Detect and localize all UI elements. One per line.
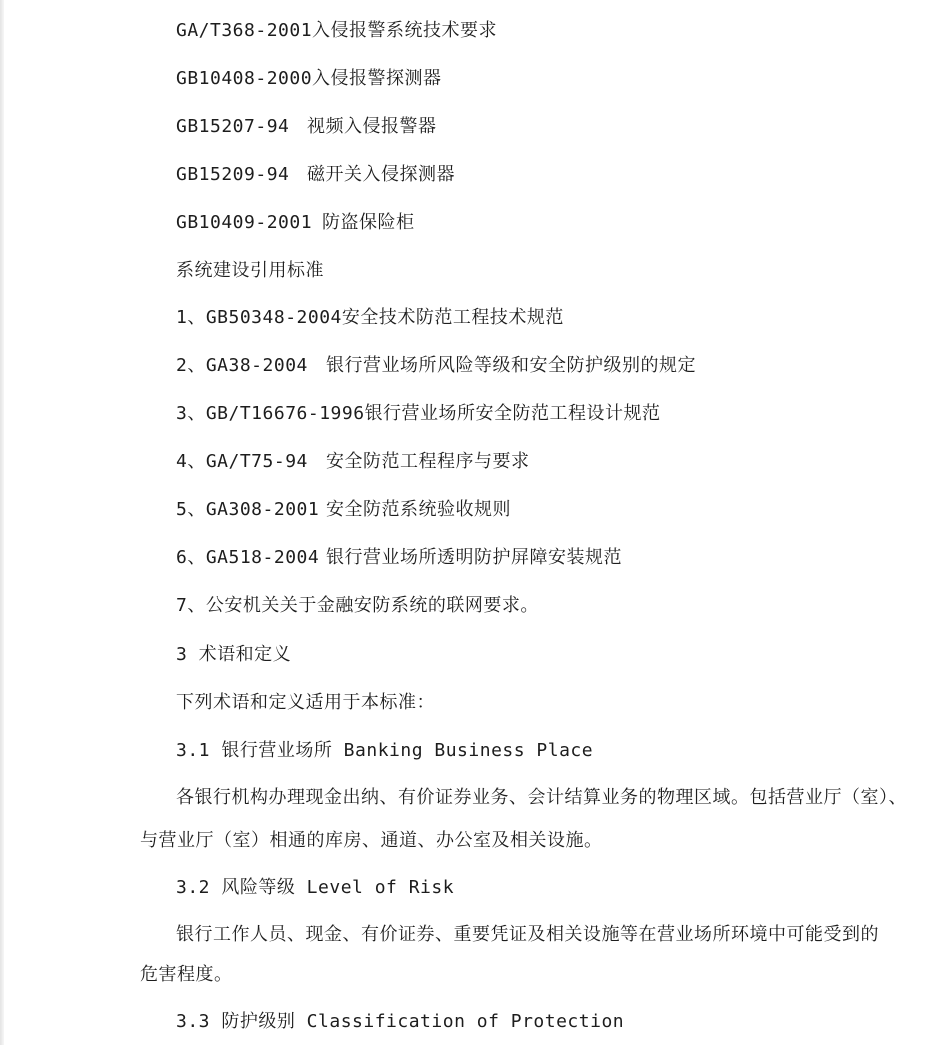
standard-code: GB15207-94 [176,115,307,139]
system-standard-title: 银行营业场所安全防范工程设计规范 [365,402,661,426]
system-standard-title: 银行营业场所风险等级和安全防护级别的规定 [326,354,696,378]
system-standard-title: 银行营业场所透明防护屏障安装规范 [326,546,622,570]
system-standard-code: 3、GB/T16676-1996 [176,402,365,426]
standard-row: GB10408-2000 入侵报警探测器 [176,67,442,91]
standard-code: GB10409-2001 [176,211,322,235]
system-standard-row: 6、GA518-2004 银行营业场所透明防护屏障安装规范 [176,546,622,570]
term-3-3-heading: 3.3 防护级别 Classification of Protection [176,1010,624,1034]
term-3-1-heading: 3.1 银行营业场所 Banking Business Place [176,739,593,763]
standard-title: 防盗保险柜 [322,211,415,235]
standard-row: GB15209-94 磁开关入侵探测器 [176,163,455,187]
system-standard-title: 安全防范工程程序与要求 [326,450,530,474]
standard-code: GB10408-2000 [176,67,312,91]
system-standard-code: 2、GA38-2004 [176,354,326,378]
system-standard-row: 5、GA308-2001 安全防范系统验收规则 [176,498,511,522]
system-standard-row: 4、GA/T75-94 安全防范工程程序与要求 [176,450,530,474]
system-standard-row: 1、GB50348-2004 安全技术防范工程技术规范 [176,306,564,330]
system-standard-title: 安全技术防范工程技术规范 [342,306,564,330]
system-standard-row: 2、GA38-2004 银行营业场所风险等级和安全防护级别的规定 [176,354,696,378]
system-standard-code: 4、GA/T75-94 [176,450,326,474]
standard-title: 入侵报警探测器 [312,67,442,91]
standard-title: 入侵报警系统技术要求 [312,19,497,43]
term-3-1-definition-line-2: 与营业厅（室）相通的库房、通道、办公室及相关设施。 [140,829,603,853]
document-page: GA/T368-2001 入侵报警系统技术要求 GB10408-2000 入侵报… [0,0,943,1045]
standard-title: 磁开关入侵探测器 [307,163,455,187]
section-3-heading: 3 术语和定义 [176,643,291,667]
standard-code: GB15209-94 [176,163,307,187]
term-3-2-heading: 3.2 风险等级 Level of Risk [176,876,454,900]
term-3-2-definition-line-1: 银行工作人员、现金、有价证券、重要凭证及相关设施等在营业场所环境中可能受到的 [176,923,879,947]
standard-row: GB15207-94 视频入侵报警器 [176,115,437,139]
system-standard-item-7: 7、公安机关关于金融安防系统的联网要求。 [176,594,539,618]
section-3-intro: 下列术语和定义适用于本标准： [176,691,435,715]
system-standards-heading: 系统建设引用标准 [176,259,324,283]
standard-title: 视频入侵报警器 [307,115,437,139]
system-standard-title: 安全防范系统验收规则 [326,498,511,522]
term-3-1-definition-line-1: 各银行机构办理现金出纳、有价证券业务、会计结算业务的物理区域。包括营业厅（室）、 [176,786,907,810]
system-standard-row: 3、GB/T16676-1996 银行营业场所安全防范工程设计规范 [176,402,661,426]
standard-code: GA/T368-2001 [176,19,312,43]
system-standard-code: 1、GB50348-2004 [176,306,342,330]
standard-row: GB10409-2001 防盗保险柜 [176,211,415,235]
page-left-edge [0,0,4,1045]
standard-row: GA/T368-2001 入侵报警系统技术要求 [176,19,497,43]
system-standard-code: 5、GA308-2001 [176,498,326,522]
term-3-2-definition-line-2: 危害程度。 [140,963,233,987]
system-standard-code: 6、GA518-2004 [176,546,326,570]
